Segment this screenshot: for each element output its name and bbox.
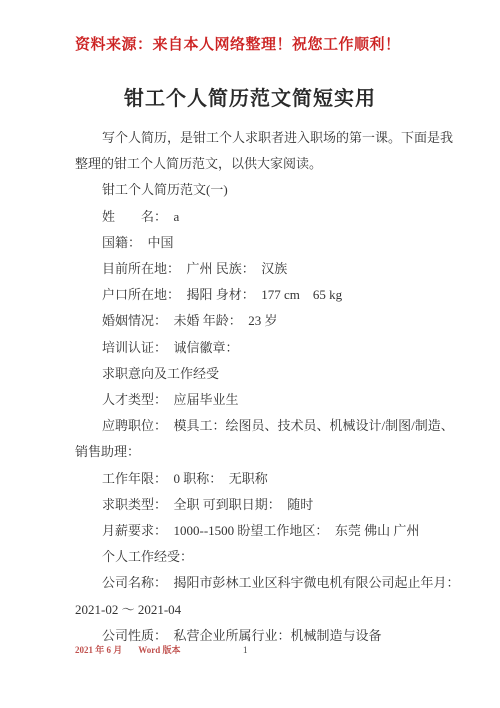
document-line: 姓 名： a bbox=[75, 204, 440, 230]
page-number: 1 bbox=[243, 644, 248, 656]
source-notice: 资料来源：来自本人网络整理！祝您工作顺利！ bbox=[75, 33, 401, 54]
document-line: 写个人简历，是钳工个人求职者进入职场的第一课。下面是我 bbox=[75, 125, 440, 151]
document-line: 销售助理： bbox=[75, 439, 440, 465]
document-line: 户口所在地： 揭阳 身材： 177 cm 65 kg bbox=[75, 282, 440, 308]
footer-date-version: 2021 年 6 月Word 版本 bbox=[75, 644, 181, 656]
document-line: 个人工作经受： bbox=[75, 544, 440, 570]
document-line: 人才类型： 应届毕业生 bbox=[75, 387, 440, 413]
document-line: 国籍： 中国 bbox=[75, 230, 440, 256]
document-line: 目前所在地： 广州 民族： 汉族 bbox=[75, 256, 440, 282]
document-line: 整理的钳工个人简历范文，以供大家阅读。 bbox=[75, 151, 440, 177]
document-line: 培训认证： 诚信徽章： bbox=[75, 335, 440, 361]
document-line: 工作年限： 0 职称： 无职称 bbox=[75, 466, 440, 492]
document-body: 写个人简历，是钳工个人求职者进入职场的第一课。下面是我 整理的钳工个人简历范文，… bbox=[75, 125, 440, 649]
document-line: 求职类型： 全职 可到职日期： 随时 bbox=[75, 492, 440, 518]
document-line: 求职意向及工作经受 bbox=[75, 361, 440, 387]
footer-date: 2021 年 6 月 bbox=[75, 645, 122, 655]
document-line: 应聘职位： 模具工：绘图员、技术员、机械设计/制图/制造、 bbox=[75, 413, 440, 439]
document-line: 2021-02 ～ 2021-04 bbox=[75, 597, 440, 623]
document-page: 资料来源：来自本人网络整理！祝您工作顺利！ 钳工个人简历范文简短实用 写个人简历… bbox=[0, 0, 500, 708]
document-title: 钳工个人简历范文简短实用 bbox=[0, 82, 500, 111]
document-line: 婚姻情况： 未婚 年龄： 23 岁 bbox=[75, 308, 440, 334]
footer-version-label: Word 版本 bbox=[138, 645, 180, 655]
document-line: 钳工个人简历范文(一) bbox=[75, 177, 440, 203]
document-line: 月薪要求： 1000--1500 盼望工作地区： 东莞 佛山 广州 bbox=[75, 518, 440, 544]
document-line: 公司名称： 揭阳市彭林工业区科宇微电机有限公司起止年月： bbox=[75, 570, 440, 596]
